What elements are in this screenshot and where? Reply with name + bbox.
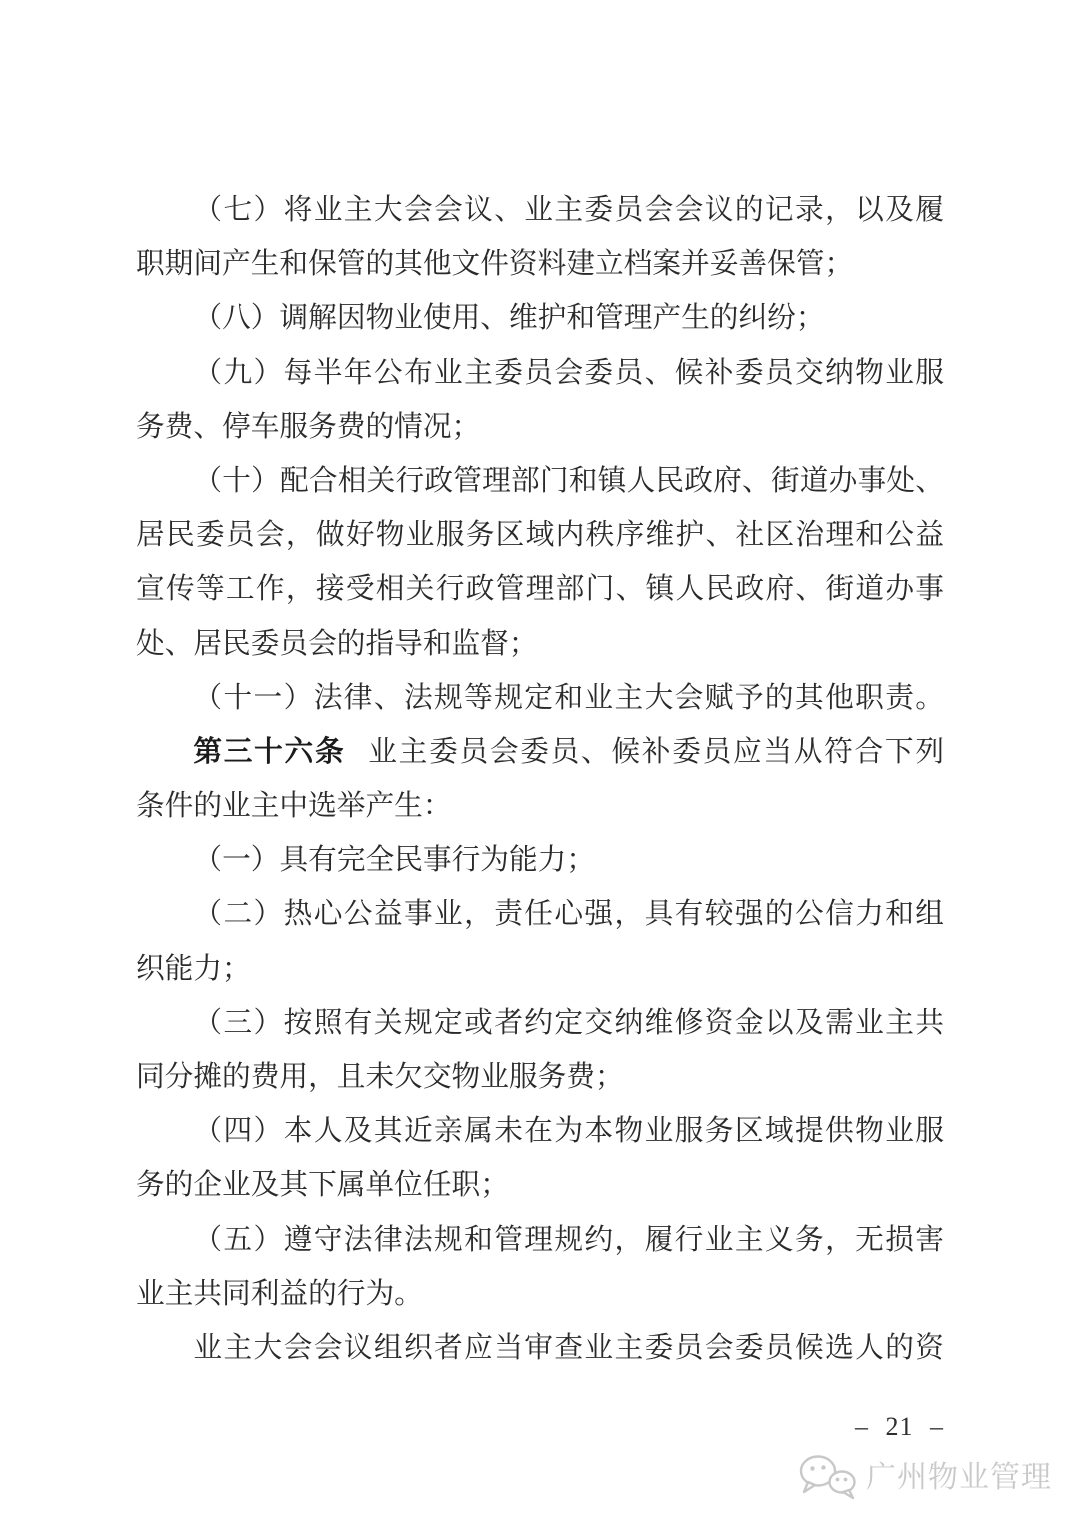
text-line: （二）热心公益事业，责任心强，具有较强的公信力和组: [136, 887, 944, 941]
text-line: （九）每半年公布业主委员会委员、候补委员交纳物业服: [136, 346, 944, 400]
text-line: 同分摊的费用，且未欠交物业服务费；: [136, 1050, 944, 1104]
text-line: （三）按照有关规定或者约定交纳维修资金以及需业主共: [136, 996, 944, 1050]
text-line: （一）具有完全民事行为能力；: [136, 833, 944, 887]
article-number: 第三十六条: [193, 736, 345, 768]
text-line: （四）本人及其近亲属未在为本物业服务区域提供物业服: [136, 1104, 944, 1158]
text-line: 织能力；: [136, 942, 944, 996]
text-line: 业主共同利益的行为。: [136, 1267, 944, 1321]
text-line: （八）调解因物业使用、维护和管理产生的纠纷；: [136, 291, 944, 345]
watermark-text: 广州物业管理: [866, 1452, 1052, 1504]
text-line: 条件的业主中选举产生：: [136, 779, 944, 833]
page-number: – 21 –: [855, 1412, 944, 1442]
article-text: 业主委员会委员、候补委员应当从符合下列: [368, 736, 944, 768]
text-line: 业主大会会议组织者应当审查业主委员会委员候选人的资: [136, 1321, 944, 1375]
wechat-icon: [798, 1452, 858, 1504]
text-line: 居民委员会，做好物业服务区域内秩序维护、社区治理和公益: [136, 508, 944, 562]
document-body: （七）将业主大会会议、业主委员会会议的记录，以及履职期间产生和保管的其他文件资料…: [136, 183, 944, 1375]
text-line: 第三十六条业主委员会委员、候补委员应当从符合下列: [136, 725, 944, 779]
text-line: （七）将业主大会会议、业主委员会会议的记录，以及履: [136, 183, 944, 237]
text-line: （五）遵守法律法规和管理规约，履行业主义务，无损害: [136, 1213, 944, 1267]
text-line: 宣传等工作，接受相关行政管理部门、镇人民政府、街道办事: [136, 562, 944, 616]
text-line: （十一）法律、法规等规定和业主大会赋予的其他职责。: [136, 671, 944, 725]
text-line: 处、居民委员会的指导和监督；: [136, 617, 944, 671]
text-line: 职期间产生和保管的其他文件资料建立档案并妥善保管；: [136, 237, 944, 291]
text-line: 务费、停车服务费的情况；: [136, 400, 944, 454]
text-line: （十）配合相关行政管理部门和镇人民政府、街道办事处、: [136, 454, 944, 508]
text-line: 务的企业及其下属单位任职；: [136, 1158, 944, 1212]
watermark: 广州物业管理: [798, 1452, 1052, 1504]
